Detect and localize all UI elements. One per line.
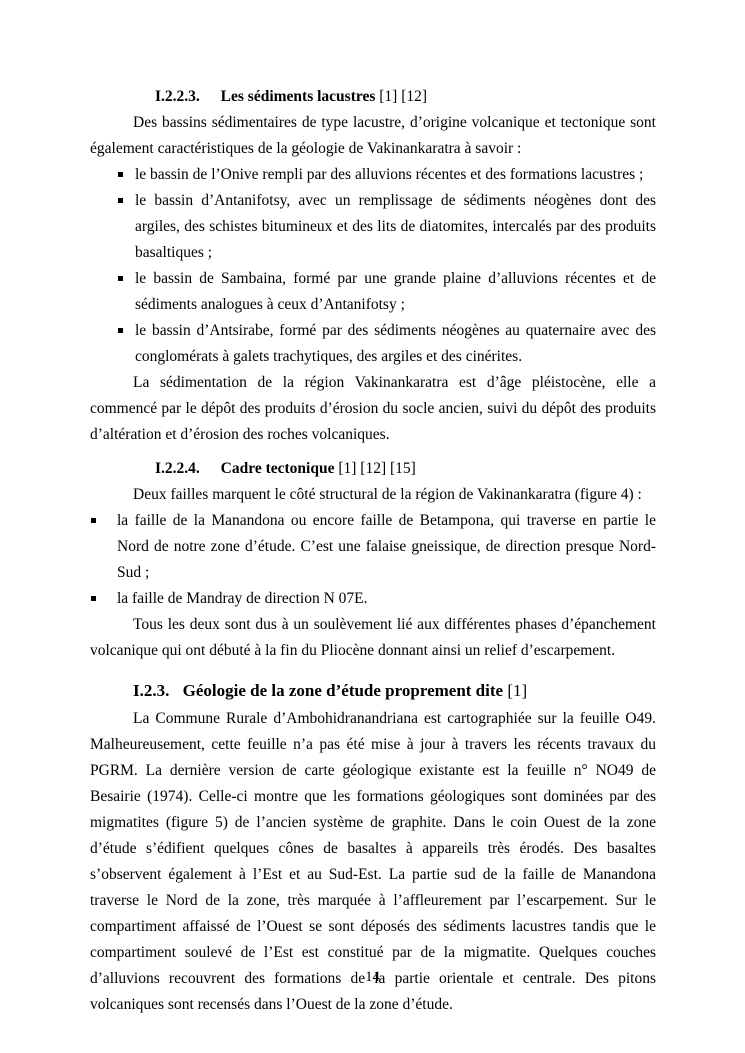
list-item-text: le bassin d’Antanifotsy, avec un remplis… bbox=[135, 192, 656, 261]
list-item: la faille de la Manandona ou encore fail… bbox=[90, 508, 656, 586]
list-item-text: le bassin de l’Onive rempli par des allu… bbox=[135, 166, 643, 183]
paragraph-bassins-intro: Des bassins sédimentaires de type lacust… bbox=[90, 110, 656, 162]
bassins-list: le bassin de l’Onive rempli par des allu… bbox=[90, 162, 656, 370]
heading-geologie-zone: I.2.3. Géologie de la zone d’étude propr… bbox=[90, 677, 656, 704]
square-bullet-icon bbox=[118, 276, 123, 281]
list-item-text: la faille de Mandray de direction N 07E. bbox=[117, 590, 368, 607]
square-bullet-icon bbox=[91, 518, 96, 523]
heading-references: [1] [12] [15] bbox=[338, 460, 415, 477]
heading-title: Cadre tectonique bbox=[221, 460, 335, 477]
heading-sediments-lacustres: I.2.2.3. Les sédiments lacustres [1] [12… bbox=[90, 84, 656, 110]
square-bullet-icon bbox=[91, 596, 96, 601]
paragraph-soulevement: Tous les deux sont dus à un soulèvement … bbox=[90, 612, 656, 664]
page-number: 14 bbox=[365, 969, 380, 985]
list-item-text: le bassin de Sambaina, formé par une gra… bbox=[135, 270, 656, 313]
paragraph-failles-intro: Deux failles marquent le côté structural… bbox=[90, 482, 656, 508]
heading-number: I.2.2.3. bbox=[155, 84, 200, 110]
document-page: I.2.2.3. Les sédiments lacustres [1] [12… bbox=[0, 0, 745, 1053]
heading-number: I.2.2.4. bbox=[155, 456, 200, 482]
list-item-text: le bassin d’Antsirabe, formé par des séd… bbox=[135, 322, 656, 365]
list-item: la faille de Mandray de direction N 07E. bbox=[90, 586, 656, 612]
list-item-text: la faille de la Manandona ou encore fail… bbox=[117, 512, 656, 581]
list-item: le bassin de Sambaina, formé par une gra… bbox=[90, 266, 656, 318]
heading-references: [1] bbox=[507, 681, 527, 700]
page-body: I.2.2.3. Les sédiments lacustres [1] [12… bbox=[90, 84, 656, 1018]
list-item: le bassin de l’Onive rempli par des allu… bbox=[90, 162, 656, 188]
heading-title: Les sédiments lacustres bbox=[221, 88, 376, 105]
paragraph-sedimentation: La sédimentation de la région Vakinankar… bbox=[90, 370, 656, 448]
square-bullet-icon bbox=[118, 328, 123, 333]
page-footer: 14 bbox=[0, 967, 745, 987]
heading-number: I.2.3. bbox=[133, 677, 169, 704]
failles-list: la faille de la Manandona ou encore fail… bbox=[90, 508, 656, 612]
square-bullet-icon bbox=[118, 198, 123, 203]
heading-references: [1] [12] bbox=[379, 88, 427, 105]
heading-cadre-tectonique: I.2.2.4. Cadre tectonique [1] [12] [15] bbox=[90, 456, 656, 482]
list-item: le bassin d’Antsirabe, formé par des séd… bbox=[90, 318, 656, 370]
list-item: le bassin d’Antanifotsy, avec un remplis… bbox=[90, 188, 656, 266]
square-bullet-icon bbox=[118, 172, 123, 177]
heading-title: Géologie de la zone d’étude proprement d… bbox=[183, 681, 503, 700]
